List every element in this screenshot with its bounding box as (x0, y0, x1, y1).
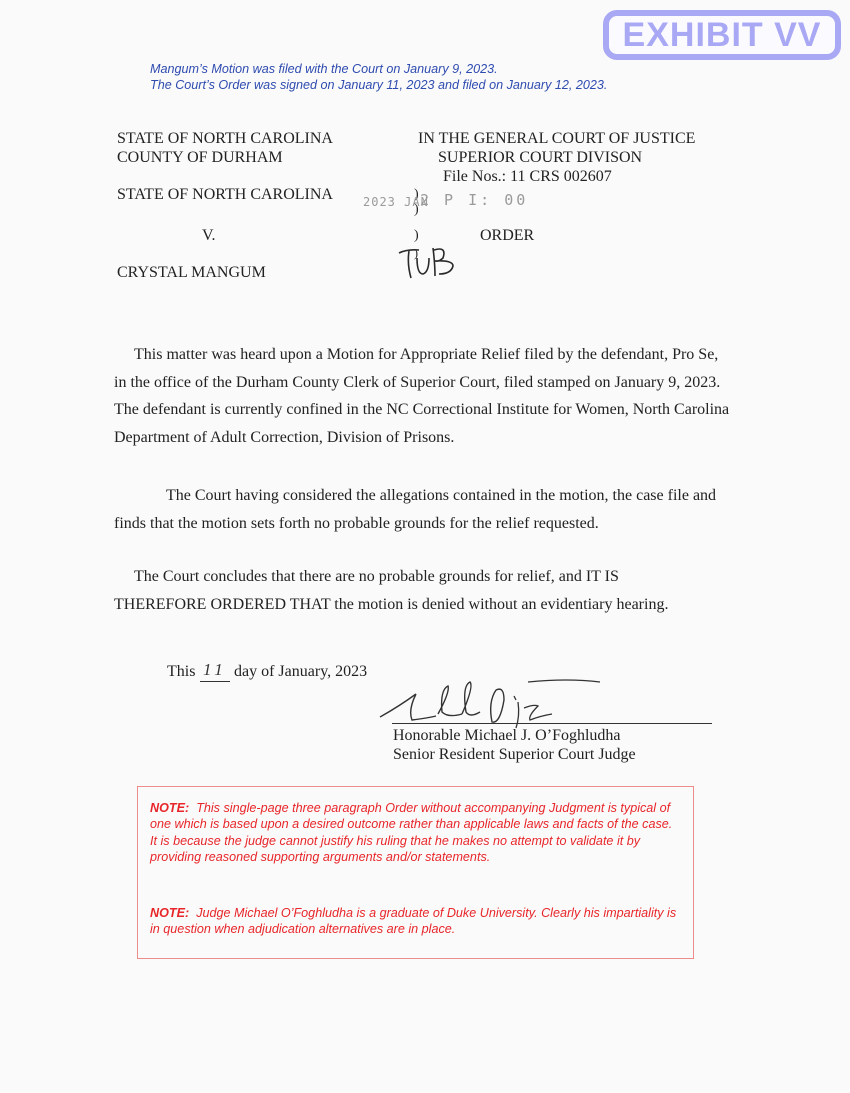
court-division: SUPERIOR COURT DIVISON (418, 148, 695, 167)
note-1: NOTE: This single-page three paragraph O… (150, 800, 680, 865)
plaintiff-name: STATE OF NORTH CAROLINA (117, 186, 333, 204)
court-name: IN THE GENERAL COURT OF JUSTICE (418, 129, 695, 148)
exhibit-badge: EXHIBIT VV (603, 10, 841, 60)
filing-note: Mangum’s Motion was filed with the Court… (150, 61, 607, 93)
signature-line (392, 723, 712, 724)
signature-block: Honorable Michael J. O’Foghludha Senior … (393, 726, 636, 764)
dating-suffix: day of January, 2023 (234, 663, 367, 681)
judge-title: Senior Resident Superior Court Judge (393, 745, 636, 764)
caption-state: STATE OF NORTH CAROLINA (117, 129, 333, 148)
paragraph-court-considered: The Court having considered the allegati… (114, 482, 734, 537)
file-stamp-time: 2 P I: 00 (420, 191, 528, 209)
caption-jurisdiction: STATE OF NORTH CAROLINA COUNTY OF DURHAM (117, 129, 333, 167)
file-number: File Nos.: 11 CRS 002607 (418, 167, 695, 186)
day-blank-line (200, 681, 230, 682)
note-2-label: NOTE: (150, 906, 189, 920)
versus-label: V. (202, 227, 216, 245)
caption-county: COUNTY OF DURHAM (117, 148, 333, 167)
note-1-label: NOTE: (150, 801, 189, 815)
caption-court: IN THE GENERAL COURT OF JUSTICE SUPERIOR… (418, 129, 695, 186)
document-type: ORDER (480, 227, 534, 245)
note-2: NOTE: Judge Michael O’Foghludha is a gra… (150, 905, 680, 938)
annotation-note-box: NOTE: This single-page three paragraph O… (137, 786, 694, 959)
paragraph-motion-heard: This matter was heard upon a Motion for … (114, 341, 734, 451)
note-2-text: Judge Michael O’Foghludha is a graduate … (150, 906, 676, 936)
filing-note-line-1: Mangum’s Motion was filed with the Court… (150, 61, 607, 77)
bracket: ) (414, 228, 419, 244)
clerk-initials-handwriting: TUB (395, 244, 465, 284)
file-stamp-date: 2023 JAN (363, 195, 429, 209)
filing-note-line-2: The Court’s Order was signed on January … (150, 77, 607, 93)
paragraph-order-denied: The Court concludes that there are no pr… (114, 563, 674, 618)
dating-prefix: This (167, 663, 195, 681)
defendant-name: CRYSTAL MANGUM (117, 264, 266, 282)
day-handwritten: 11 (203, 660, 227, 680)
judge-name: Honorable Michael J. O’Foghludha (393, 726, 636, 745)
note-1-text: This single-page three paragraph Order w… (150, 801, 672, 864)
